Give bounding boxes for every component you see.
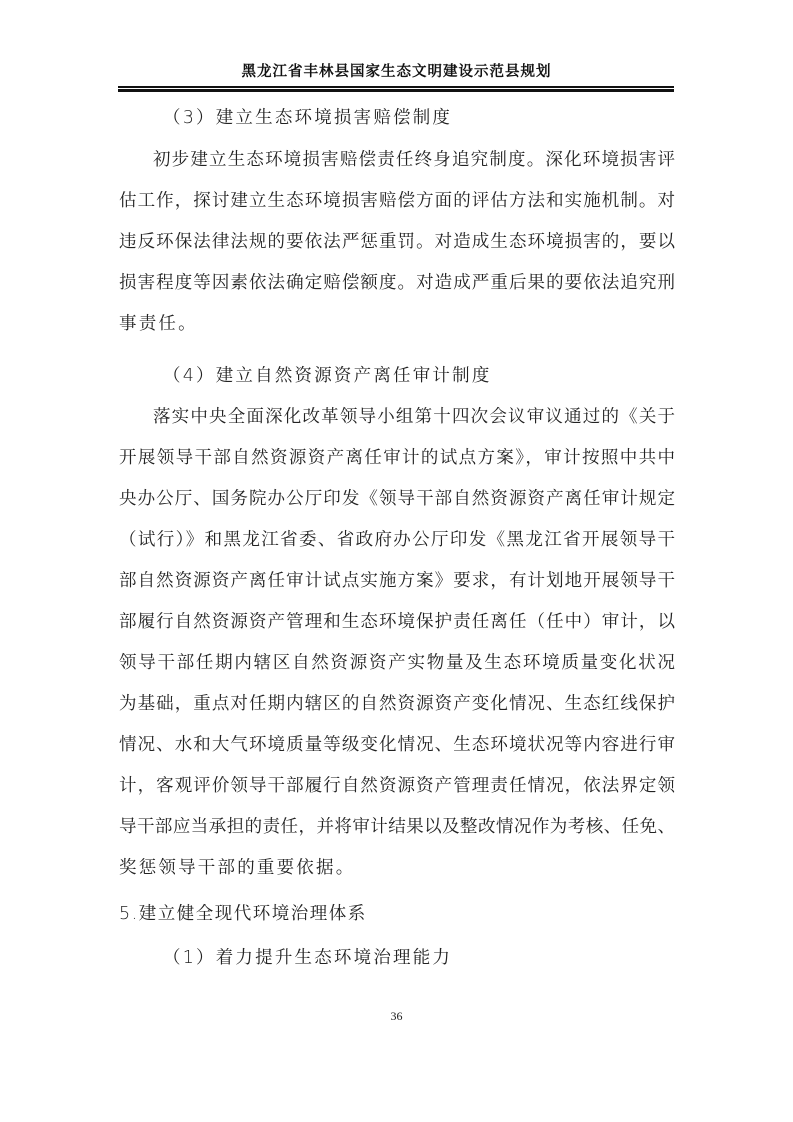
- chapter-heading: 5.建立健全现代环境治理体系: [119, 902, 675, 926]
- header-rule-thick: [118, 89, 674, 92]
- paragraph-line: 部履行自然资源资产管理和生态环境保护责任离任（任中）审计，以: [119, 610, 675, 634]
- paragraph-line: 违反环保法律法规的要依法严惩重罚。对造成生态环境损害的，要以: [119, 230, 675, 254]
- paragraph-line: 为基础，重点对任期内辖区的自然资源资产变化情况、生态红线保护: [119, 692, 675, 716]
- header-rule-thin: [118, 86, 674, 88]
- paragraph-line: 央办公厅、国务院办公厅印发《领导干部自然资源资产离任审计规定: [119, 487, 675, 511]
- paragraph-line: 导干部应当承担的责任，并将审计结果以及整改情况作为考核、任免、: [119, 815, 675, 839]
- paragraph-line: 事责任。: [119, 312, 675, 336]
- header-double-rule: [118, 86, 674, 92]
- paragraph-line: 开展领导干部自然资源资产离任审计的试点方案》，审计按照中共中: [119, 446, 675, 470]
- paragraph-line: 部自然资源资产离任审计试点实施方案》要求，有计划地开展领导干: [119, 569, 675, 593]
- running-header-title: 黑龙江省丰林县国家生态文明建设示范县规划: [0, 60, 793, 81]
- page-number: 36: [0, 1009, 793, 1024]
- paragraph-line: 奖惩领导干部的重要依据。: [119, 856, 675, 880]
- section-heading: （4）建立自然资源资产离任审计制度: [119, 364, 675, 388]
- paragraph-line: 落实中央全面深化改革领导小组第十四次会议审议通过的《关于: [119, 405, 675, 429]
- paragraph-line: 初步建立生态环境损害赔偿责任终身追究制度。深化环境损害评: [119, 148, 675, 172]
- document-page: 黑龙江省丰林县国家生态文明建设示范县规划 （3）建立生态环境损害赔偿制度 初步建…: [0, 0, 793, 1122]
- section-heading: （3）建立生态环境损害赔偿制度: [119, 106, 675, 130]
- subsection-heading: （1）着力提升生态环境治理能力: [119, 946, 675, 970]
- paragraph-line: 损害程度等因素依法确定赔偿额度。对造成严重后果的要依法追究刑: [119, 271, 675, 295]
- paragraph-line: 领导干部任期内辖区自然资源资产实物量及生态环境质量变化状况: [119, 651, 675, 675]
- paragraph-line: 计，客观评价领导干部履行自然资源资产管理责任情况，依法界定领: [119, 774, 675, 798]
- paragraph-line: 情况、水和大气环境质量等级变化情况、生态环境状况等内容进行审: [119, 733, 675, 757]
- paragraph-line: 估工作，探讨建立生态环境损害赔偿方面的评估方法和实施机制。对: [119, 189, 675, 213]
- paragraph-line: （试行）》和黑龙江省委、省政府办公厅印发《黑龙江省开展领导干: [119, 528, 675, 552]
